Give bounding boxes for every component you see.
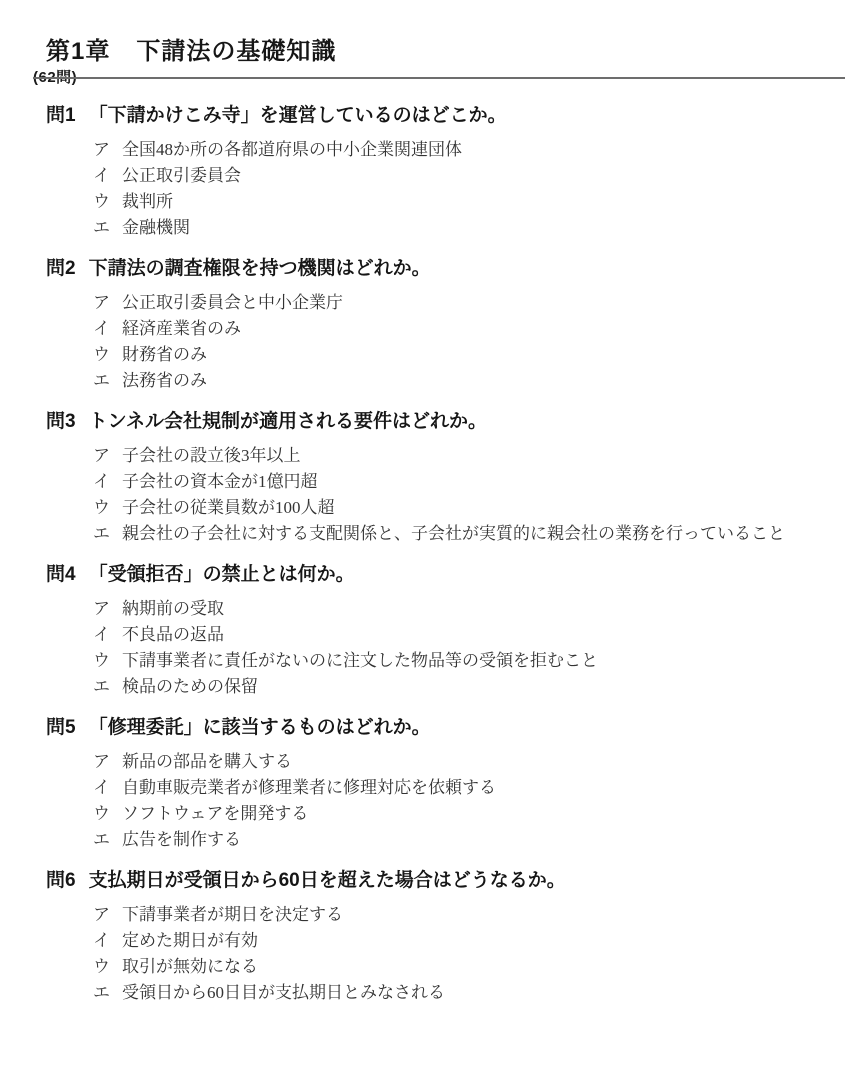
option-letter: イ — [93, 163, 111, 189]
option-text: 検品のための保留 — [122, 677, 258, 696]
option-row: ア納期前の受取 — [93, 596, 845, 622]
option-letter: ア — [93, 749, 111, 775]
option-text: 不良品の返品 — [122, 625, 224, 644]
option-text: 納期前の受取 — [122, 599, 224, 618]
option-text: 財務省のみ — [122, 345, 207, 364]
question-heading: 問6支払期日が受領日から60日を超えた場合はどうなるか。 — [46, 868, 845, 894]
option-text: 下請事業者に責任がないのに注文した物品等の受領を拒むこと — [122, 651, 598, 670]
option-row: ウ取引が無効になる — [93, 954, 845, 980]
document-page: 第1章下請法の基礎知識 (62問) 問1「下請かけこみ寺」を運営しているのはどこ… — [0, 0, 868, 1080]
option-row: イ子会社の資本金が1億円超 — [93, 469, 845, 495]
option-letter: イ — [93, 775, 111, 801]
question-block-2: 問2下請法の調査権限を持つ機関はどれか。 ア公正取引委員会と中小企業庁 イ経済産… — [46, 256, 845, 394]
question-block-4: 問4「受領拒否」の禁止とは何か。 ア納期前の受取 イ不良品の返品 ウ下請事業者に… — [46, 562, 845, 700]
option-row: エ広告を制作する — [93, 827, 845, 853]
option-text: 金融機関 — [122, 218, 190, 237]
option-letter: イ — [93, 928, 111, 954]
option-text: 受領日から60日目が支払期日とみなされる — [122, 983, 445, 1002]
option-text: 子会社の設立後3年以上 — [122, 446, 301, 465]
chapter-divider: (62問) — [33, 68, 845, 90]
question-heading: 問3トンネル会社規制が適用される要件はどれか。 — [46, 409, 845, 435]
option-letter: ウ — [93, 495, 111, 521]
option-text: 子会社の資本金が1億円超 — [122, 472, 318, 491]
divider-rule — [33, 77, 845, 79]
option-row: ウ裁判所 — [93, 189, 845, 215]
option-letter: エ — [93, 980, 111, 1006]
option-letter: ウ — [93, 189, 111, 215]
option-row: ウ子会社の従業員数が100人超 — [93, 495, 845, 521]
option-letter: イ — [93, 469, 111, 495]
option-text: 親会社の子会社に対する支配関係と、子会社が実質的に親会社の業務を行っていること — [122, 524, 785, 543]
option-list: ア子会社の設立後3年以上 イ子会社の資本金が1億円超 ウ子会社の従業員数が100… — [46, 443, 845, 547]
option-text: 新品の部品を購入する — [122, 752, 292, 771]
option-row: エ親会社の子会社に対する支配関係と、子会社が実質的に親会社の業務を行っていること — [93, 521, 845, 547]
chapter-heading: 第1章下請法の基礎知識 — [46, 38, 845, 66]
question-block-3: 問3トンネル会社規制が適用される要件はどれか。 ア子会社の設立後3年以上 イ子会… — [46, 409, 845, 547]
option-text: 全国48か所の各都道府県の中小企業関連団体 — [122, 140, 462, 159]
option-letter: ア — [93, 596, 111, 622]
option-text: 裁判所 — [122, 192, 173, 211]
question-number: 問2 — [46, 258, 76, 279]
option-text: 自動車販売業者が修理業者に修理対応を依頼する — [122, 778, 496, 797]
question-text: 「修理委託」に該当するものはどれか。 — [89, 717, 431, 738]
question-heading: 問2下請法の調査権限を持つ機関はどれか。 — [46, 256, 845, 282]
option-letter: ア — [93, 137, 111, 163]
option-letter: エ — [93, 521, 111, 547]
option-text: ソフトウェアを開発する — [122, 804, 308, 823]
option-row: ウソフトウェアを開発する — [93, 801, 845, 827]
option-row: エ検品のための保留 — [93, 674, 845, 700]
question-number: 問1 — [46, 105, 76, 126]
option-row: ア下請事業者が期日を決定する — [93, 902, 845, 928]
option-text: 下請事業者が期日を決定する — [122, 905, 343, 924]
chapter-title: 下請法の基礎知識 — [136, 38, 336, 65]
question-number: 問6 — [46, 870, 76, 891]
option-letter: ア — [93, 290, 111, 316]
option-row: イ不良品の返品 — [93, 622, 845, 648]
option-row: ア子会社の設立後3年以上 — [93, 443, 845, 469]
question-text: 「下請かけこみ寺」を運営しているのはどこか。 — [89, 105, 507, 126]
question-heading: 問1「下請かけこみ寺」を運営しているのはどこか。 — [46, 103, 845, 129]
question-heading: 問5「修理委託」に該当するものはどれか。 — [46, 715, 845, 741]
option-row: エ金融機関 — [93, 215, 845, 241]
question-heading: 問4「受領拒否」の禁止とは何か。 — [46, 562, 845, 588]
option-letter: ウ — [93, 801, 111, 827]
option-letter: イ — [93, 316, 111, 342]
question-number: 問5 — [46, 717, 76, 738]
question-text: 支払期日が受領日から60日を超えた場合はどうなるか。 — [89, 870, 566, 891]
option-letter: イ — [93, 622, 111, 648]
option-list: ア新品の部品を購入する イ自動車販売業者が修理業者に修理対応を依頼する ウソフト… — [46, 749, 845, 853]
option-text: 取引が無効になる — [122, 957, 258, 976]
chapter-number: 第1章 — [46, 38, 110, 65]
option-row: ウ財務省のみ — [93, 342, 845, 368]
option-list: ア納期前の受取 イ不良品の返品 ウ下請事業者に責任がないのに注文した物品等の受領… — [46, 596, 845, 700]
option-letter: エ — [93, 674, 111, 700]
option-row: エ受領日から60日目が支払期日とみなされる — [93, 980, 845, 1006]
question-text: トンネル会社規制が適用される要件はどれか。 — [89, 411, 487, 432]
option-row: ア新品の部品を購入する — [93, 749, 845, 775]
option-row: エ法務省のみ — [93, 368, 845, 394]
option-row: ウ下請事業者に責任がないのに注文した物品等の受領を拒むこと — [93, 648, 845, 674]
option-row: イ定めた期日が有効 — [93, 928, 845, 954]
option-row: ア全国48か所の各都道府県の中小企業関連団体 — [93, 137, 845, 163]
option-list: ア公正取引委員会と中小企業庁 イ経済産業省のみ ウ財務省のみ エ法務省のみ — [46, 290, 845, 394]
question-number: 問4 — [46, 564, 76, 585]
option-text: 法務省のみ — [122, 371, 207, 390]
option-row: イ自動車販売業者が修理業者に修理対応を依頼する — [93, 775, 845, 801]
option-letter: エ — [93, 827, 111, 853]
option-text: 定めた期日が有効 — [122, 931, 258, 950]
option-letter: ア — [93, 443, 111, 469]
option-row: イ公正取引委員会 — [93, 163, 845, 189]
option-letter: ア — [93, 902, 111, 928]
option-text: 広告を制作する — [122, 830, 241, 849]
option-letter: エ — [93, 215, 111, 241]
question-block-6: 問6支払期日が受領日から60日を超えた場合はどうなるか。 ア下請事業者が期日を決… — [46, 868, 845, 1006]
option-text: 子会社の従業員数が100人超 — [122, 498, 335, 517]
question-text: 「受領拒否」の禁止とは何か。 — [89, 564, 355, 585]
option-row: ア公正取引委員会と中小企業庁 — [93, 290, 845, 316]
option-list: ア全国48か所の各都道府県の中小企業関連団体 イ公正取引委員会 ウ裁判所 エ金融… — [46, 137, 845, 241]
option-text: 公正取引委員会と中小企業庁 — [122, 293, 343, 312]
question-text: 下請法の調査権限を持つ機関はどれか。 — [89, 258, 431, 279]
option-list: ア下請事業者が期日を決定する イ定めた期日が有効 ウ取引が無効になる エ受領日か… — [46, 902, 845, 1006]
question-block-1: 問1「下請かけこみ寺」を運営しているのはどこか。 ア全国48か所の各都道府県の中… — [46, 103, 845, 241]
option-letter: エ — [93, 368, 111, 394]
option-row: イ経済産業省のみ — [93, 316, 845, 342]
option-letter: ウ — [93, 954, 111, 980]
option-text: 経済産業省のみ — [122, 319, 241, 338]
option-letter: ウ — [93, 342, 111, 368]
question-block-5: 問5「修理委託」に該当するものはどれか。 ア新品の部品を購入する イ自動車販売業… — [46, 715, 845, 853]
question-number: 問3 — [46, 411, 76, 432]
option-letter: ウ — [93, 648, 111, 674]
option-text: 公正取引委員会 — [122, 166, 241, 185]
